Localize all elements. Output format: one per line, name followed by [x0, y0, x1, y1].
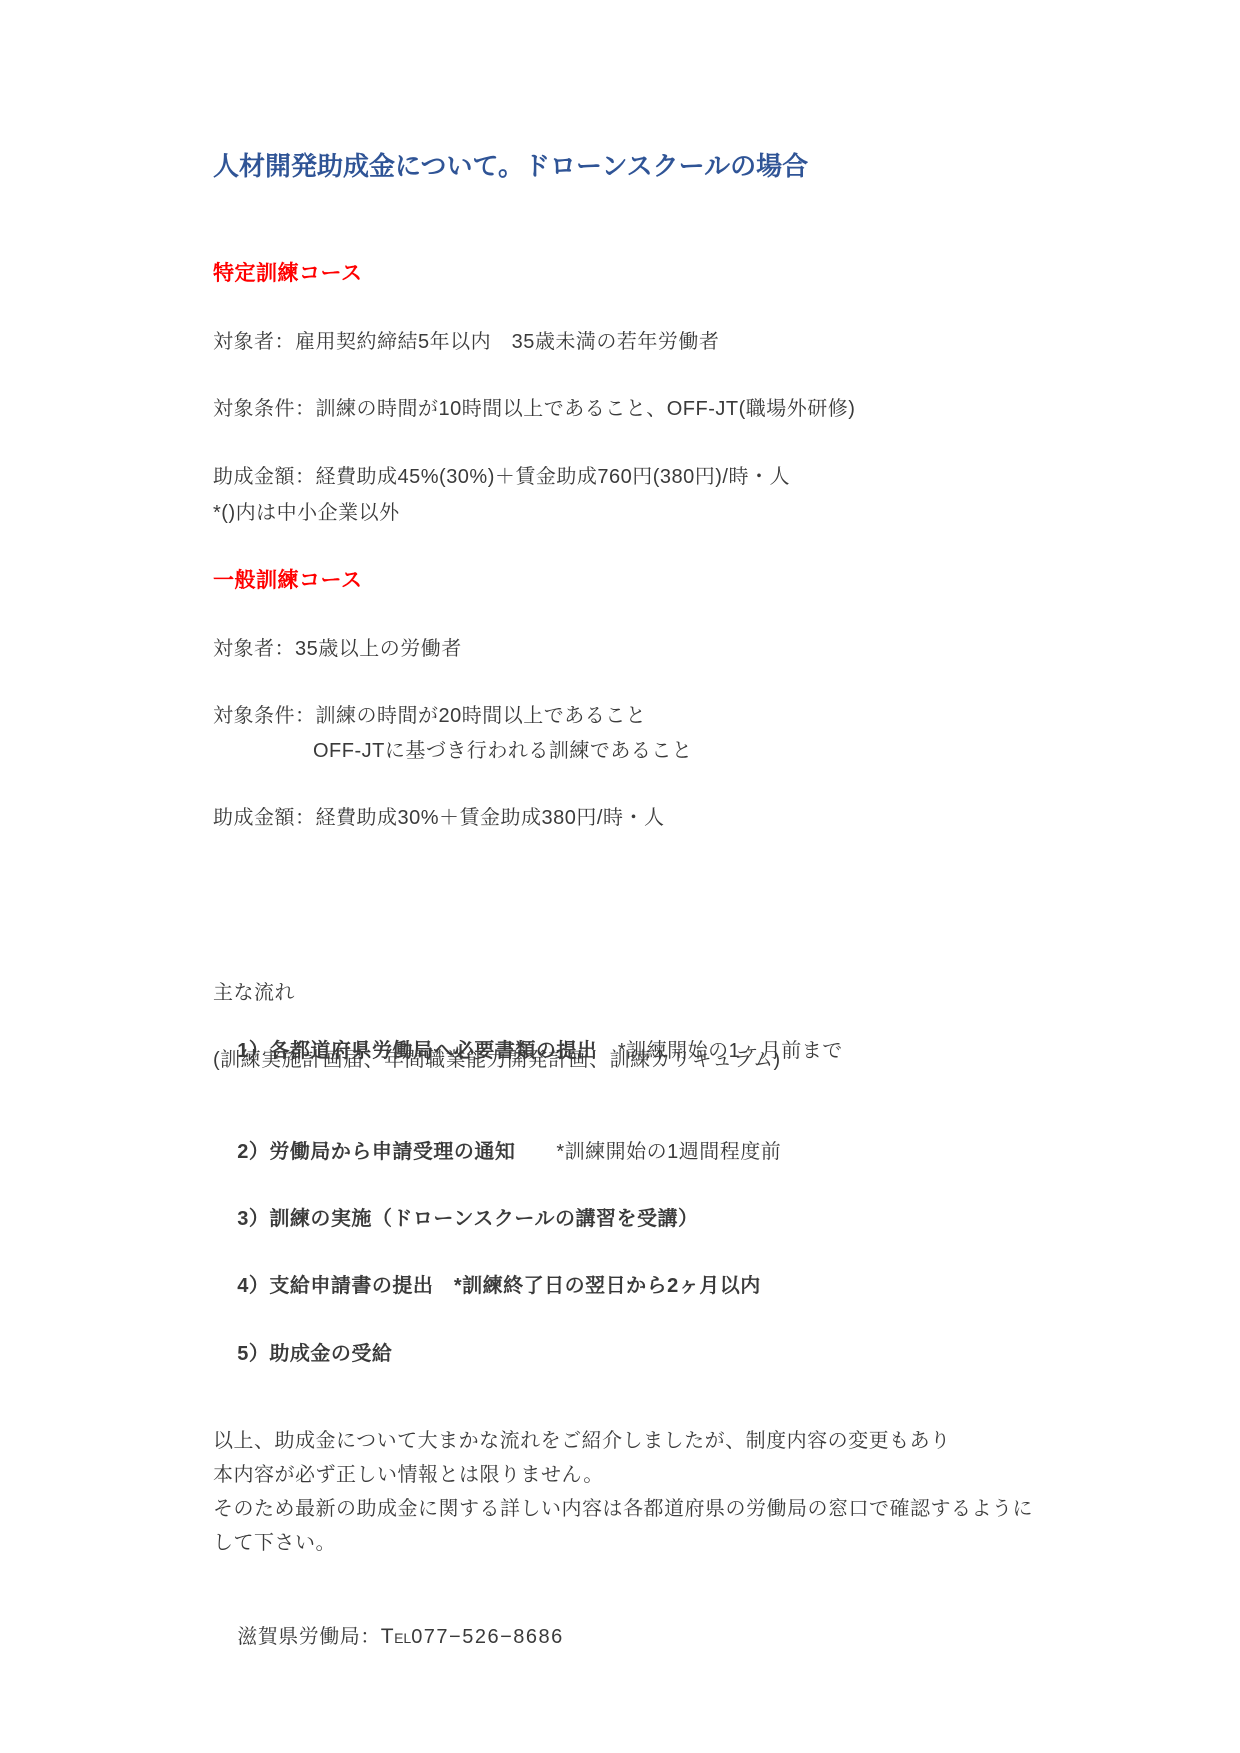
- specified-course-subsidy: 助成金額：経費助成45%(30%)＋賃金助成760円(380円)/時・人: [213, 464, 790, 490]
- general-course-target: 対象者：35歳以上の労働者: [213, 636, 462, 662]
- flow-step-5: 5）助成金の受給: [213, 1315, 392, 1393]
- contact-office-label: 滋賀県労働局：: [237, 1626, 381, 1648]
- specified-course-target: 対象者：雇用契約締結5年以内 35歳未満の若年労働者: [213, 329, 719, 355]
- specified-course-conditions: 対象条件：訓練の時間が10時間以上であること、OFF-JT(職場外研修): [213, 396, 855, 422]
- flow-step-5-label: 5）助成金の受給: [237, 1343, 392, 1365]
- document-page: 人材開発助成金について。ドローンスクールの場合 特定訓練コース 対象者：雇用契約…: [0, 0, 1240, 1753]
- general-course-conditions-line2: OFF-JTに基づき行われる訓練であること: [313, 738, 692, 764]
- tel-symbol-t: T: [381, 1625, 394, 1648]
- general-course-conditions-line1: 対象条件：訓練の時間が20時間以上であること: [213, 703, 646, 729]
- page-title: 人材開発助成金について。ドローンスクールの場合: [213, 150, 808, 182]
- flow-heading: 主な流れ: [213, 980, 295, 1006]
- closing-line-4: して下さい。: [213, 1530, 336, 1556]
- specified-course-note: *()内は中小企業以外: [213, 500, 400, 526]
- contact-phone-number: 077−526−8686: [411, 1626, 564, 1648]
- closing-line-1: 以上、助成金について大まかな流れをご紹介しましたが、制度内容の変更もあり: [213, 1428, 951, 1454]
- contact-line: 滋賀県労働局：TEL077−526−8686: [213, 1598, 564, 1677]
- flow-step-4: 4）支給申請書の提出 *訓練終了日の翌日から2ヶ月以内: [213, 1247, 761, 1325]
- general-course-heading: 一般訓練コース: [213, 568, 362, 594]
- closing-line-2: 本内容が必ず正しい情報とは限りません。: [213, 1462, 604, 1488]
- general-course-subsidy: 助成金額：経費助成30%＋賃金助成380円/時・人: [213, 805, 664, 831]
- tel-symbol-el: EL: [394, 1630, 411, 1646]
- flow-step-1-detail: (訓練実施計画届、年間職業能力開発計画、訓練カリキュラム): [213, 1047, 781, 1073]
- closing-line-3: そのため最新の助成金に関する詳しい内容は各都道府県の労働局の窓口で確認するように: [213, 1496, 1033, 1522]
- flow-step-3-label: 3）訓練の実施（ドローンスクールの講習を受講）: [237, 1208, 698, 1230]
- flow-step-4-label: 4）支給申請書の提出 *訓練終了日の翌日から2ヶ月以内: [237, 1275, 761, 1297]
- flow-step-2-label: 2）労働局から申請受理の通知: [237, 1141, 515, 1163]
- flow-step-2-note: *訓練開始の1週間程度前: [515, 1141, 781, 1163]
- specified-course-heading: 特定訓練コース: [213, 261, 362, 287]
